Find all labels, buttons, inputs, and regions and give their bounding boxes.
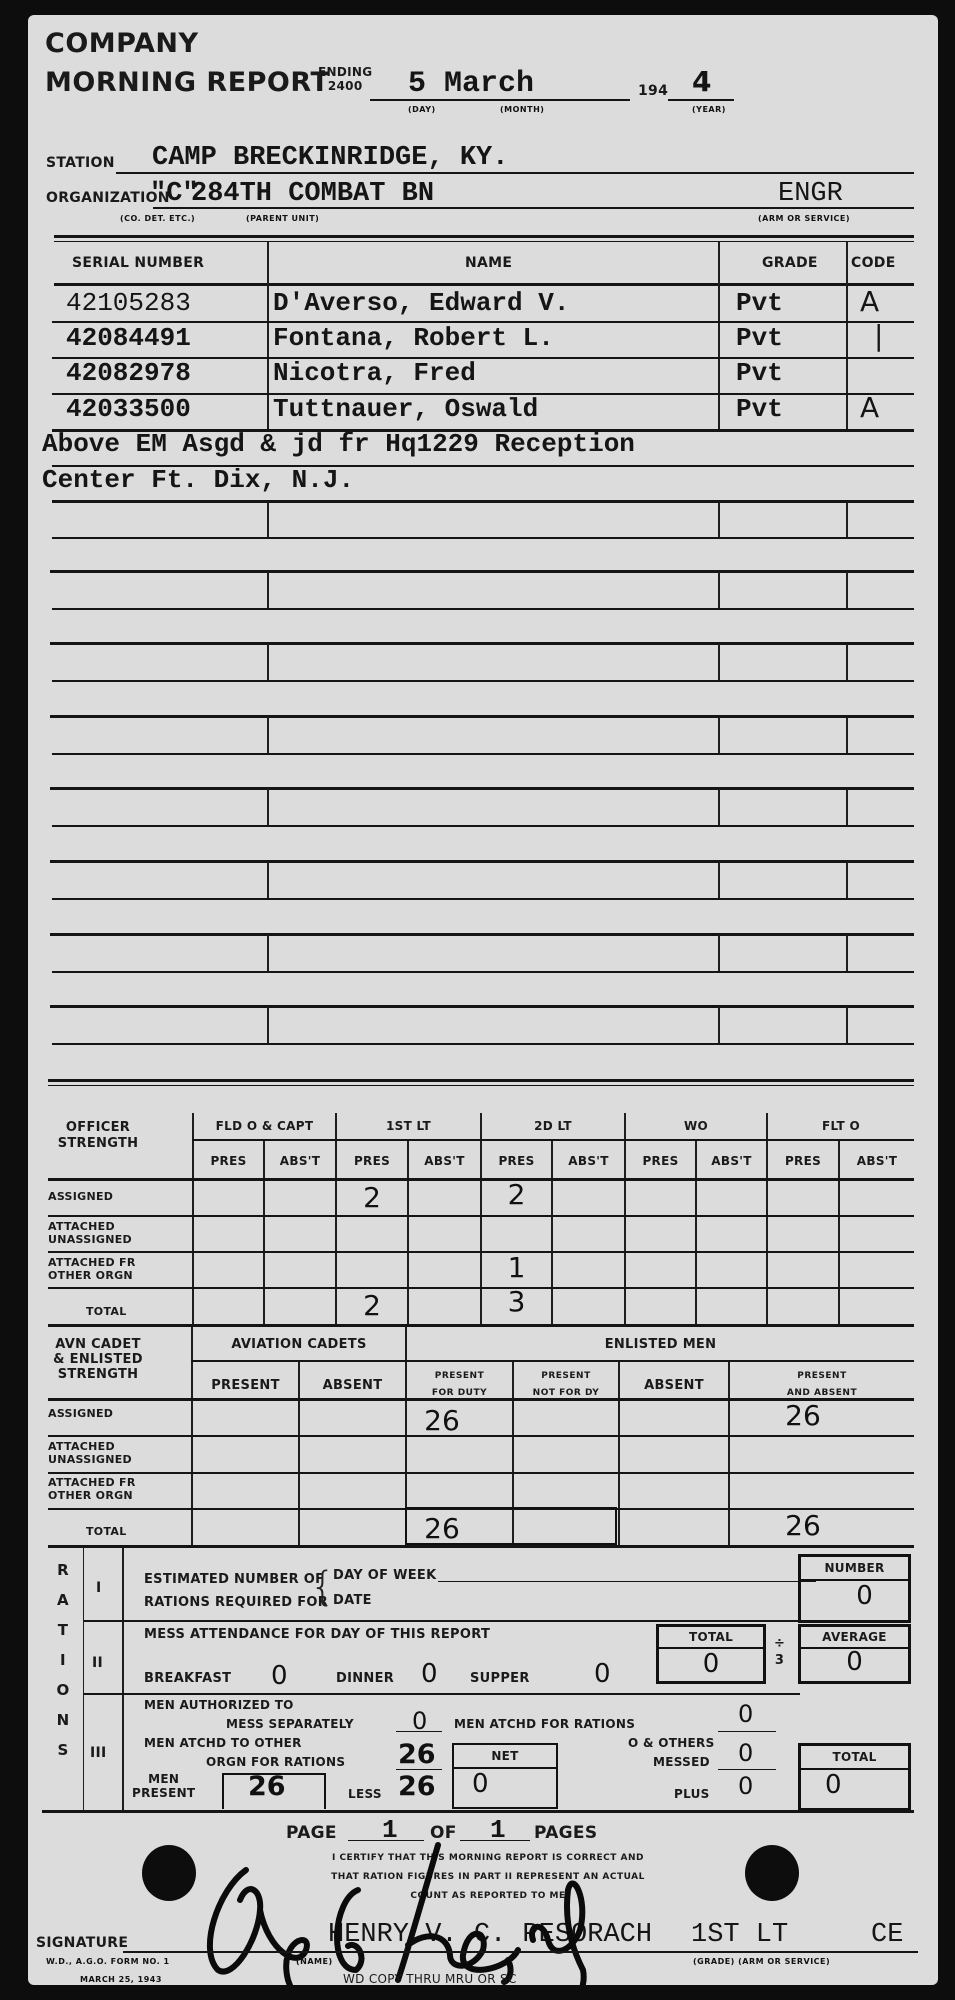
remark-line2: Center Ft. Dix, N.J. (42, 465, 354, 495)
atchd-other-line2: ORGN FOR RATIONS (206, 1755, 345, 1769)
signer-arm: CE (871, 1920, 903, 1950)
row2-name: Fontana, Robert L. (273, 323, 554, 353)
report-year-digit: 4 (692, 65, 711, 98)
blank-divider (267, 644, 269, 681)
caption-arm-service: (ARM OR SERVICE) (758, 214, 850, 223)
blank-divider (267, 862, 269, 899)
sub-abst: ABS'T (553, 1154, 624, 1168)
blank-line-thick (50, 787, 914, 790)
mess-sep-line2: MESS SEPARATELY (226, 1717, 354, 1731)
officer-group-divider (192, 1139, 914, 1141)
men-present-label: MEN PRESENT (132, 1772, 195, 1800)
others-line2: MESSED (653, 1755, 710, 1769)
enlisted-group-aviation-cadets: AVIATION CADETS (193, 1337, 405, 1352)
grade-arm-caption: (GRADE) (ARM OR SERVICE) (693, 1957, 830, 1966)
officer-row-line (48, 1251, 914, 1253)
enlisted-row-line (48, 1472, 914, 1474)
remark2-underline (52, 500, 914, 503)
officer-vline (766, 1113, 768, 1325)
roster-col-divider-code (846, 242, 848, 430)
section3-total-label: TOTAL (801, 1746, 908, 1770)
enlisted-total-box-divider (512, 1509, 514, 1543)
enlisted-title-line3: STRENGTH (48, 1367, 148, 1382)
rations-bottom-border (42, 1810, 914, 1813)
row3-serial: 42082978 (66, 358, 191, 388)
officer-row-line (48, 1287, 914, 1289)
dinner-value: 0 (421, 1659, 438, 1689)
officer-title-line1: OFFICER (48, 1120, 148, 1136)
enlisted-row-unassigned-label: UNASSIGNED (48, 1453, 132, 1466)
breakfast-value: 0 (271, 1661, 288, 1691)
rations-section-divider (84, 1620, 800, 1622)
row2-code: | (874, 319, 883, 352)
form-id-line1: W.D., A.G.O. FORM NO. 1 (46, 1957, 170, 1966)
punch-hole-right (745, 1845, 799, 1901)
enlisted-total-present-and-absent: 26 (758, 1509, 848, 1542)
officer-group-1st-lt: 1ST LT (337, 1119, 480, 1133)
officer-row-other-orgn-label: OTHER ORGN (48, 1269, 136, 1282)
officer-total-1stlt-pres: 2 (337, 1289, 407, 1322)
others-value: 0 (738, 1739, 753, 1767)
caption-co-det: (CO. DET. ETC.) (120, 214, 195, 223)
enlisted-group-divider (191, 1360, 914, 1362)
rations-letter: T (48, 1615, 78, 1645)
men-present-line2: PRESENT (132, 1786, 195, 1800)
officer-group-2d-lt: 2D LT (482, 1119, 624, 1133)
officer-total-2dlt-pres: 3 (482, 1285, 551, 1318)
col-cadets-present: PRESENT (193, 1378, 298, 1393)
enlisted-row-attached-unassigned: ATTACHED UNASSIGNED (48, 1440, 132, 1466)
mess-average-box: AVERAGE 0 (798, 1624, 911, 1684)
rations-letter: S (48, 1735, 78, 1765)
ending-2400-text: 2400 (318, 79, 372, 93)
roster-top-border (54, 235, 914, 238)
row2-serial: 42084491 (66, 323, 191, 353)
estimated-line1: ESTIMATED NUMBER OF (144, 1568, 328, 1591)
less-label: LESS (348, 1787, 382, 1801)
mess-average-value: 0 (801, 1649, 908, 1675)
officer-top-border (48, 1079, 914, 1082)
row4-grade: Pvt (736, 394, 783, 424)
net-box: NET 0 (452, 1743, 558, 1809)
enlisted-strength-title: AVN CADET & ENLISTED STRENGTH (48, 1337, 148, 1382)
net-value: 0 (454, 1769, 556, 1799)
blank-divider (718, 862, 720, 899)
rations-letter: I (48, 1645, 78, 1675)
day-of-week-label: DAY OF WEEK (333, 1568, 436, 1583)
plus-value: 0 (738, 1772, 753, 1800)
atchd-for-rations-value: 0 (738, 1700, 753, 1728)
officer-header-bottom (48, 1178, 914, 1181)
sub-abst: ABS'T (697, 1154, 766, 1168)
row4-serial: 42033500 (66, 394, 191, 424)
station-value: CAMP BRECKINRIDGE, KY. (152, 143, 508, 173)
blank-divider (846, 862, 848, 899)
rations-letter: R (48, 1555, 78, 1585)
sub-abst: ABS'T (265, 1154, 335, 1168)
supper-label: SUPPER (470, 1671, 530, 1686)
row1-code: A (860, 285, 879, 318)
atchd-for-rations-underline (718, 1731, 776, 1732)
officer-strength-title: OFFICER STRENGTH (48, 1120, 148, 1152)
sub-pres: PRES (768, 1154, 838, 1168)
blank-divider (718, 644, 720, 681)
year-underline (668, 99, 734, 101)
mess-average-label: AVERAGE (801, 1627, 908, 1649)
mess-total-box: TOTAL 0 (656, 1624, 766, 1684)
officer-row-attached-fr: ATTACHED FR OTHER ORGN (48, 1256, 136, 1282)
blank-line-thick (50, 1005, 914, 1008)
signature-label: SIGNATURE (36, 1935, 128, 1951)
mess-total-value: 0 (659, 1649, 763, 1679)
blank-divider (267, 572, 269, 609)
mess-attendance-label: MESS ATTENDANCE FOR DAY OF THIS REPORT (144, 1627, 490, 1642)
mess-sep-value: 0 (412, 1707, 427, 1735)
estimated-line2: RATIONS REQUIRED FOR (144, 1591, 328, 1614)
rations-numeral-ii: II (92, 1655, 103, 1671)
blank-divider (267, 717, 269, 754)
divide-icon: ÷ (774, 1635, 785, 1652)
caption-year: (YEAR) (692, 105, 726, 114)
roster-col-divider-name (267, 242, 269, 430)
divide-by-3: ÷ 3 (774, 1635, 785, 1669)
col-present-not-for-dy: PRESENT NOT FOR DY (514, 1368, 618, 1402)
officer-group-wo: WO (626, 1119, 766, 1133)
col-header-code: CODE (851, 255, 896, 271)
sub-pres: PRES (337, 1154, 407, 1168)
atchd-other-line1: MEN ATCHD TO OTHER (144, 1736, 302, 1750)
blank-line (52, 898, 914, 900)
sub-abst: ABS'T (840, 1154, 914, 1168)
col-present-for-duty-line1: PRESENT (407, 1368, 512, 1385)
row1-grade: Pvt (736, 288, 783, 318)
rations-estimated-label: ESTIMATED NUMBER OF RATIONS REQUIRED FOR (144, 1568, 328, 1614)
row4-name: Tuttnauer, Oswald (273, 394, 538, 424)
blank-line-thick (50, 570, 914, 573)
blank-divider (267, 1007, 269, 1044)
blank-line (52, 1043, 914, 1045)
row1-serial: 42105283 (66, 288, 191, 318)
atchd-other-value: 26 (398, 1739, 436, 1770)
plus-label: PLUS (674, 1787, 710, 1801)
blank-divider (846, 572, 848, 609)
rations-section-divider (84, 1693, 800, 1695)
men-present-value: 26 (248, 1771, 286, 1802)
officer-vline (192, 1113, 194, 1325)
officer-row-assigned: ASSIGNED (48, 1190, 113, 1203)
col-header-name: NAME (465, 255, 512, 271)
rations-letter: O (48, 1675, 78, 1705)
roster-col-divider-grade (718, 242, 720, 430)
others-line1: O & OTHERS (628, 1736, 715, 1750)
officer-title-line2: STRENGTH (48, 1136, 148, 1152)
supper-value: 0 (594, 1659, 611, 1689)
form-id-line2: MARCH 25, 1943 (80, 1975, 162, 1984)
sub-pres: PRES (626, 1154, 695, 1168)
sub-pres: PRES (482, 1154, 551, 1168)
officer-row-line (48, 1215, 914, 1217)
station-label: STATION (46, 155, 115, 171)
officer-bottom-border (48, 1324, 914, 1327)
enlisted-row-attached-fr: ATTACHED FR OTHER ORGN (48, 1476, 136, 1502)
col-present-and-absent-line1: PRESENT (730, 1368, 914, 1385)
form-title-morning-report: MORNING REPORT (45, 67, 329, 98)
mess-total-label: TOTAL (659, 1627, 763, 1649)
day-of-week-underline (438, 1581, 816, 1582)
signature-underline (123, 1951, 918, 1953)
atchd-for-rations-label: MEN ATCHD FOR RATIONS (454, 1717, 635, 1731)
blank-line (52, 971, 914, 973)
blank-line-thick (50, 933, 914, 936)
blank-divider (846, 1007, 848, 1044)
sub-pres: PRES (194, 1154, 263, 1168)
morning-report-form: COMPANY MORNING REPORT ENDING 2400 5 Mar… (28, 15, 938, 1985)
section3-total-box: TOTAL 0 (798, 1743, 911, 1811)
col-present-for-duty: PRESENT FOR DUTY (407, 1368, 512, 1402)
ending-label: ENDING 2400 (318, 65, 372, 93)
organization-parent-unit: 284TH COMBAT BN (191, 179, 434, 209)
blank-divider (846, 503, 848, 538)
year-prefix: 194 (638, 83, 668, 99)
blank-line (52, 537, 914, 539)
officer-group-flt-o: FLT O (768, 1119, 914, 1133)
roster-header-bottom (54, 283, 914, 286)
enlisted-bottom-border (48, 1545, 914, 1548)
enlisted-assigned-present-for-duty: 26 (407, 1404, 477, 1437)
rations-vline (122, 1548, 124, 1810)
blank-divider (718, 1007, 720, 1044)
rations-numeral-iii: III (90, 1745, 107, 1761)
net-label: NET (454, 1745, 556, 1769)
report-day-month: 5 March (408, 67, 534, 101)
officer-row-attached-fr-label: ATTACHED FR (48, 1256, 136, 1269)
blank-line (52, 753, 914, 755)
mess-sep-line1: MEN AUTHORIZED TO (144, 1698, 294, 1712)
roster-top-border-inner (54, 241, 914, 242)
rations-side-label: R A T I O N S (48, 1555, 78, 1765)
blank-divider (846, 789, 848, 826)
ration-number-label: NUMBER (801, 1557, 908, 1581)
enlisted-title-line2: & ENLISTED (48, 1352, 148, 1367)
enlisted-assigned-present-and-absent: 26 (758, 1399, 848, 1432)
officer-attached-fr-2dlt-pres: 1 (482, 1251, 551, 1284)
form-title-company: COMPANY (45, 28, 199, 59)
date-label: DATE (333, 1593, 372, 1608)
row2-grade: Pvt (736, 323, 783, 353)
blank-divider (718, 717, 720, 754)
enlisted-total-present-for-duty: 26 (407, 1512, 477, 1545)
blank-divider (267, 503, 269, 538)
divide-by-value: 3 (774, 1652, 785, 1669)
row4-code: A (860, 391, 879, 424)
blank-divider (718, 503, 720, 538)
enlisted-title-line1: AVN CADET (48, 1337, 148, 1352)
blank-divider (267, 789, 269, 826)
dinner-label: DINNER (336, 1671, 394, 1686)
ending-label-text: ENDING (318, 65, 372, 79)
caption-parent-unit: (PARENT UNIT) (246, 214, 319, 223)
row3-name: Nicotra, Fred (273, 358, 476, 388)
blank-divider (718, 572, 720, 609)
breakfast-label: BREAKFAST (144, 1671, 231, 1686)
rations-vline (83, 1548, 84, 1810)
row1-name: D'Averso, Edward V. (273, 288, 569, 318)
col-cadets-absent: ABSENT (300, 1378, 405, 1393)
caption-month: (MONTH) (500, 105, 544, 114)
caption-day: (DAY) (408, 105, 436, 114)
officer-assigned-2dlt-pres: 2 (482, 1178, 551, 1211)
remark-line1: Above EM Asgd & jd fr Hq1229 Reception (42, 429, 635, 459)
enlisted-row-assigned: ASSIGNED (48, 1407, 113, 1420)
officer-row-attached-unassigned: ATTACHED UNASSIGNED (48, 1220, 132, 1246)
rations-numeral-i: I (96, 1580, 102, 1596)
ration-number-value: 0 (801, 1581, 908, 1611)
col-present-not-for-dy-line1: PRESENT (514, 1368, 618, 1385)
col-enlisted-absent: ABSENT (620, 1378, 728, 1393)
officer-vline (624, 1113, 626, 1325)
blank-divider (267, 935, 269, 972)
name-caption: (NAME) (296, 1957, 333, 1966)
men-present-line1: MEN (132, 1772, 195, 1786)
section3-total-value: 0 (801, 1770, 908, 1800)
rations-letter: N (48, 1705, 78, 1735)
enlisted-row-line (48, 1435, 914, 1437)
col-header-grade: GRADE (762, 255, 818, 271)
officer-row-total: TOTAL (86, 1305, 127, 1318)
enlisted-row-total: TOTAL (86, 1525, 127, 1538)
blank-line-thick (50, 642, 914, 645)
blank-divider (846, 717, 848, 754)
col-present-and-absent: PRESENT AND ABSENT (730, 1368, 914, 1402)
officer-top-border-inner (48, 1085, 914, 1086)
blank-line-thick (50, 715, 914, 718)
handwritten-signature-icon (188, 1830, 708, 1985)
rations-letter: A (48, 1585, 78, 1615)
blank-line (52, 608, 914, 610)
row3-grade: Pvt (736, 358, 783, 388)
organization-arm-service: ENGR (778, 179, 843, 209)
enlisted-row-other-orgn-label: OTHER ORGN (48, 1489, 136, 1502)
enlisted-row-attached-label: ATTACHED (48, 1440, 132, 1453)
enlisted-group-enlisted-men: ENLISTED MEN (407, 1337, 914, 1352)
blank-line (52, 825, 914, 827)
blank-line-thick (50, 860, 914, 863)
officer-row-attached-label: ATTACHED (48, 1220, 132, 1233)
blank-divider (718, 935, 720, 972)
officer-group-fld-capt: FLD O & CAPT (194, 1119, 335, 1133)
officer-assigned-1stlt-pres: 2 (337, 1181, 407, 1214)
blank-divider (846, 935, 848, 972)
sub-abst: ABS'T (409, 1154, 480, 1168)
blank-line (52, 680, 914, 682)
col-header-serial: SERIAL NUMBER (72, 255, 204, 271)
brace-icon: { (310, 1567, 335, 1607)
wd-copy-label: WD COPY THRU MRU OR SC (343, 1972, 517, 1985)
officer-row-unassigned-label: UNASSIGNED (48, 1233, 132, 1246)
blank-divider (846, 644, 848, 681)
others-underline (718, 1769, 776, 1770)
less-value: 26 (398, 1771, 436, 1802)
enlisted-row-attached-fr-label: ATTACHED FR (48, 1476, 136, 1489)
blank-divider (718, 789, 720, 826)
ration-number-box: NUMBER 0 (798, 1554, 911, 1623)
